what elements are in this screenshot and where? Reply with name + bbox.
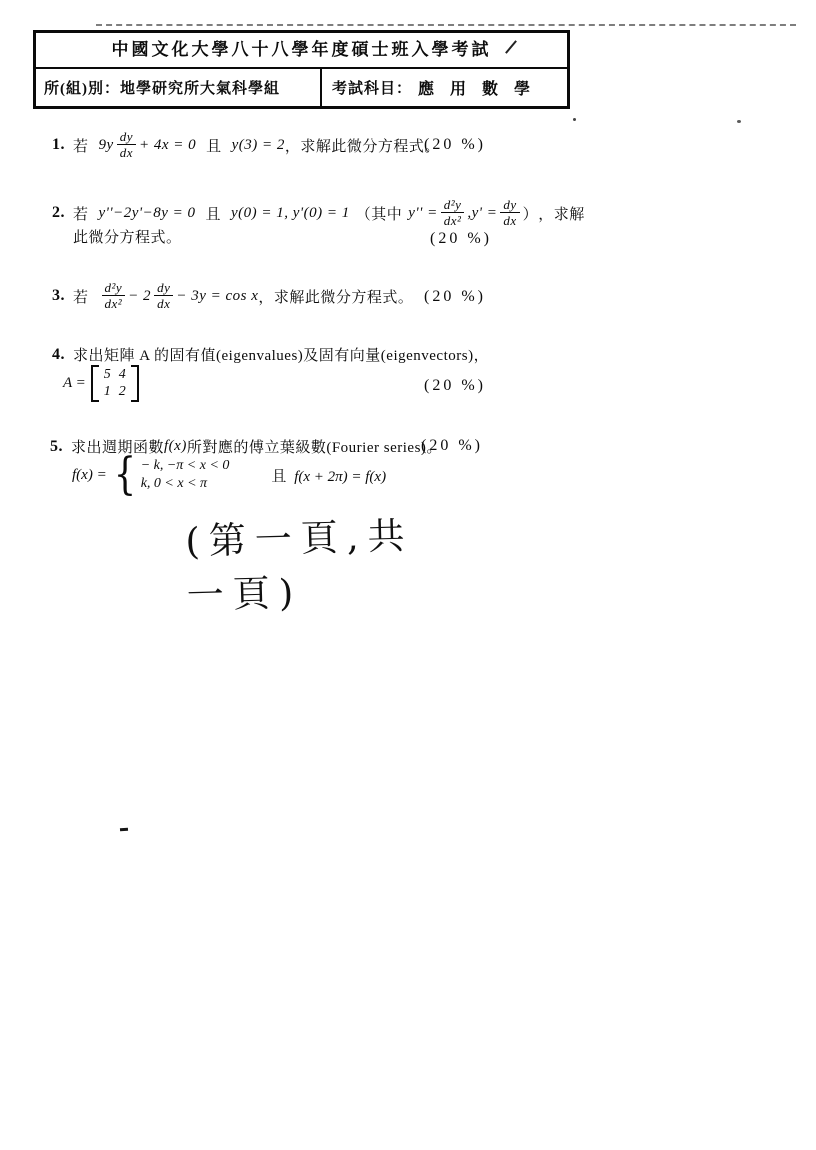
q4-a-equals: A = (63, 375, 86, 392)
q2-score: (20 %) (430, 230, 492, 248)
department-cell: 所(組)別： 地學研究所大氣科學組 (36, 69, 322, 106)
q5-fx-equals: f(x) = (72, 467, 107, 484)
q5-text-b: 所對應的傅立葉級數(Fourier series)。 (187, 436, 442, 457)
scan-artifact-dashed-line (96, 24, 796, 26)
q5-piecewise-definition: f(x) = { − k, −π < x < 0 k, 0 < x < π 且 … (72, 455, 386, 495)
q1-tail: ，求解此微分方程式。 (285, 135, 440, 156)
matrix-cell: 1 (104, 384, 111, 400)
question-number: 2. (52, 204, 65, 222)
q3-score: (20 %) (424, 288, 486, 306)
subject-cell: 考試科目： 應 用 數 學 (322, 69, 567, 106)
q2-equation: y''−2y'−8y = 0 (99, 205, 196, 222)
subject-label: 考試科目： (332, 77, 412, 98)
q4-text: 求出矩陣 A 的固有值(eigenvalues)及固有向量(eigenvecto… (73, 344, 489, 365)
matrix-right-bracket (131, 365, 139, 402)
matrix-cell: 4 (119, 367, 126, 383)
exam-title: 中國文化大學八十八學年度碩士班入學考試 (36, 33, 567, 69)
scan-speck (737, 120, 741, 123)
handwritten-page-note: (第一頁,共一頁) (185, 505, 428, 619)
q2-ypp: y'' = (408, 205, 437, 222)
fraction-d2y-dx2: d²y dx² (441, 198, 465, 228)
fraction-dy-dx: dy dx (117, 130, 136, 160)
cases-brace: { (113, 455, 135, 495)
question-3: 3. 若 d²y dx² − 2 dy dx − 3y = cos x ，求解此… (52, 277, 413, 315)
exam-info-row: 所(組)別： 地學研究所大氣科學組 考試科目： 應 用 數 學 (36, 69, 567, 106)
matrix-cell: 5 (104, 367, 111, 383)
department-label: 所(組)別： (44, 77, 120, 98)
case-2: k, 0 < x < π (141, 475, 230, 493)
q2-yp: y' = (472, 205, 498, 222)
question-number: 1. (52, 136, 65, 154)
q5-fx-inline: f(x) (164, 438, 187, 455)
q4-matrix: A = 5 4 1 2 (63, 365, 139, 402)
fraction-d2y-dx2: d²y dx² (102, 281, 126, 311)
q1-score: (20 %) (424, 136, 486, 154)
q2-tail: ，求解 (538, 203, 585, 224)
exam-page: 中國文化大學八十八學年度碩士班入學考試 所(組)別： 地學研究所大氣科學組 考試… (0, 0, 816, 1150)
exam-header-box: 中國文化大學八十八學年度碩士班入學考試 所(組)別： 地學研究所大氣科學組 考試… (33, 30, 570, 109)
q2-initial-conditions: y(0) = 1, y'(0) = 1 (231, 205, 350, 222)
q4-score: (20 %) (424, 377, 486, 395)
question-number: 3. (52, 287, 65, 305)
q2-if: 若 (73, 203, 89, 224)
q1-and: 且 (206, 135, 222, 156)
subject-value: 應 用 數 學 (418, 76, 536, 99)
q1-term: 9y (99, 137, 114, 154)
q5-score: (20 %) (421, 437, 483, 455)
department-value: 地學研究所大氣科學組 (120, 77, 280, 98)
q1-initial-condition: y(3) = 2 (232, 137, 285, 154)
q1-if: 若 (73, 135, 89, 156)
q5-periodicity: 且 f(x + 2π) = f(x) (271, 465, 386, 486)
matrix-A: 5 4 1 2 (91, 365, 139, 402)
question-1: 1. 若 9y dy dx + 4x = 0 且 y(3) = 2 ，求解此微分… (52, 127, 440, 163)
scan-speck (120, 828, 128, 832)
question-4: 4. 求出矩陣 A 的固有值(eigenvalues)及固有向量(eigenve… (52, 344, 489, 365)
question-number: 5. (50, 438, 63, 456)
question-5: 5. 求出週期函數 f(x) 所對應的傅立葉級數(Fourier series)… (50, 436, 442, 457)
q3-equation-rest: − 3y = cos x (176, 288, 258, 305)
q3-tail: ，求解此微分方程式。 (258, 286, 413, 307)
matrix-cell: 2 (119, 384, 126, 400)
cases-body: − k, −π < x < 0 k, 0 < x < π (141, 457, 230, 493)
case-1: − k, −π < x < 0 (141, 457, 230, 475)
question-number: 4. (52, 346, 65, 364)
fraction-dy-dx: dy dx (154, 281, 173, 311)
fraction-dy-dx: dy dx (500, 198, 519, 228)
matrix-left-bracket (91, 365, 99, 402)
q3-if: 若 (73, 286, 89, 307)
q2-where-close: ） (523, 203, 539, 224)
q2-and: 且 (205, 203, 221, 224)
q1-equation-rest: + 4x = 0 (139, 137, 196, 154)
q2-where-open: （其中 (356, 203, 403, 224)
question-2-line2: 此微分方程式。 (73, 226, 182, 247)
q3-mid: − 2 (128, 288, 151, 305)
scan-speck (573, 118, 576, 121)
